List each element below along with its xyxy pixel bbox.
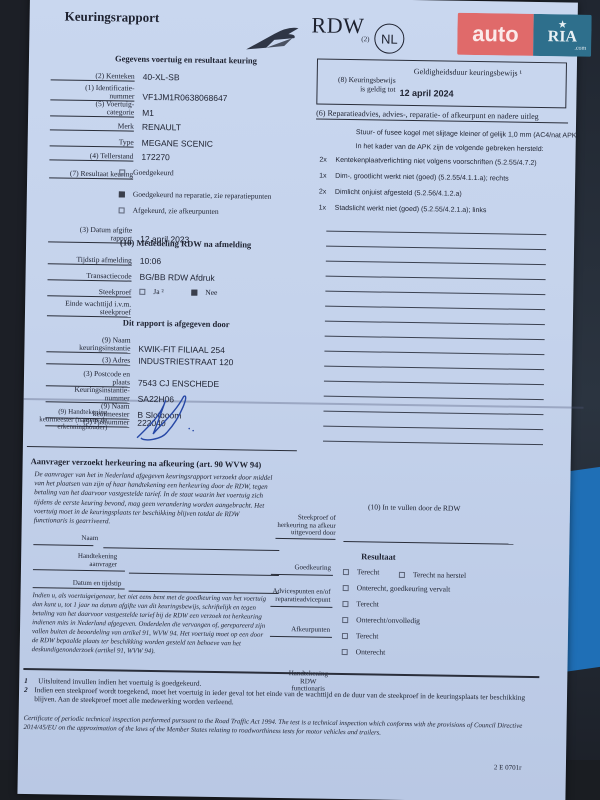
repair-blank-line[interactable] xyxy=(326,246,546,250)
result-option-0[interactable]: Goedgekeurd xyxy=(119,167,174,177)
repair-blank-line[interactable] xyxy=(324,351,544,355)
watermark-ria: ★ RIA .com xyxy=(533,14,592,57)
repair-line-0: Stuur- of fusee kogel met slijtage klein… xyxy=(340,129,579,140)
repair-blank-line[interactable] xyxy=(325,321,545,325)
inspection-report-paper: Keuringsrapport RDW (2) NL auto ★ RIA .c… xyxy=(17,0,577,800)
checkbox-icon[interactable] xyxy=(342,601,348,607)
watermark-ria-text: RIA xyxy=(548,29,578,45)
rdw-option-label: Onterecht xyxy=(356,647,386,656)
repair-blank-line[interactable] xyxy=(325,306,545,310)
signature-label: (9) Handtekening keurmeester (namens de … xyxy=(29,408,107,432)
rdw-section-title: (10) In te vullen door de RDW xyxy=(368,503,461,513)
report-title: Keuringsrapport xyxy=(65,9,160,26)
footer-divider xyxy=(23,668,539,678)
rdw-option-label: Terecht xyxy=(357,567,380,576)
checkbox-icon[interactable] xyxy=(342,617,348,623)
checkbox-icon[interactable] xyxy=(399,572,405,578)
checkbox-icon[interactable] xyxy=(343,585,349,591)
country-index: (2) xyxy=(361,35,369,43)
autoria-watermark: auto ★ RIA .com xyxy=(457,13,592,57)
repair-blank-line[interactable] xyxy=(323,411,543,415)
rdw-performed-field[interactable] xyxy=(343,541,513,545)
notification-title: (10) Mededeling RDW na afmelding xyxy=(120,237,251,249)
repair-line-5: 1xStadslicht werkt niet (goed) (5.2.55/4… xyxy=(319,205,487,215)
wait-label: Einde wachttijd i.v.m. steekproef xyxy=(61,300,131,317)
checkbox-icon[interactable] xyxy=(342,633,348,639)
result-option-2[interactable]: Afgekeurd, zie afkeurpunten xyxy=(119,205,219,216)
notification-field-0-value: 10:06 xyxy=(140,256,161,266)
form-code: 2 E 0701r xyxy=(494,763,522,771)
repair-blank-line[interactable] xyxy=(326,231,546,235)
sample-no-option[interactable]: Nee xyxy=(191,288,217,297)
result-option-label: Goedgekeurd na reparatie, zie reparatiep… xyxy=(133,190,272,201)
checkbox-icon[interactable] xyxy=(343,569,349,575)
checkbox-icon[interactable] xyxy=(342,649,348,655)
appeal-title: Aanvrager verzoekt herkeuring na afkeuri… xyxy=(31,456,262,470)
appeal-sign-label: Handtekening aanvrager xyxy=(77,553,117,569)
rdw-option-1-1[interactable]: Onterecht/onvolledig xyxy=(342,615,420,625)
rdw-option-label: Onterecht/onvolledig xyxy=(356,615,420,625)
repair-heading: (6) Reparatieadvies, advies-, reparatie-… xyxy=(316,109,568,124)
rdw-option-label: Terecht xyxy=(356,599,379,608)
checkbox-checked-icon[interactable] xyxy=(191,290,197,296)
rdw-option-0-0[interactable]: Terecht xyxy=(343,567,380,577)
rdw-brand: RDW xyxy=(311,12,364,39)
rdw-option-0-2[interactable]: Onterecht, goedkeuring vervalt xyxy=(343,583,451,594)
checkbox-checked-icon[interactable] xyxy=(119,192,125,198)
sample-no-label: Nee xyxy=(205,288,217,297)
rdw-option-2-0[interactable]: Terecht xyxy=(342,631,379,641)
country-code-badge: NL xyxy=(374,23,404,53)
issuer-field-1-value: INDUSTRIESTRAAT 120 xyxy=(138,356,233,367)
notification-field-1-value: BG/BB RDW Afdruk xyxy=(139,272,214,283)
footnotes: 1Uitsluitend invullen indien het voertui… xyxy=(24,676,544,711)
vehicle-section-title: Gegevens voertuig en resultaat keuring xyxy=(115,53,257,65)
repair-line-1: In het kader van de APK zijn de volgende… xyxy=(340,143,544,153)
result-option-1[interactable]: Goedgekeurd na reparatie, zie reparatiep… xyxy=(119,189,272,200)
rdw-group-label-2: Afkeurpunten xyxy=(260,626,330,635)
vehicle-field-3-value: RENAULT xyxy=(142,122,181,133)
rdw-group-label-1: Advicespunten en/of reparatieadvicepunt xyxy=(260,588,330,604)
rdw-wing-logo-icon xyxy=(244,25,300,52)
vehicle-field-2-label: (5) Voertuig-categorie xyxy=(72,100,134,117)
certificate-text: Certificate of periodic technical inspec… xyxy=(23,715,543,741)
checkbox-icon[interactable] xyxy=(119,208,125,214)
watermark-suffix: .com xyxy=(574,45,586,51)
result-option-label: Goedgekeurd xyxy=(133,168,174,178)
repair-blank-line[interactable] xyxy=(324,366,544,370)
validity-box: Geldigheidsduur keuringsbewijs ¹ (8) Keu… xyxy=(316,59,567,109)
vehicle-field-0-value: 40-XL-SB xyxy=(143,72,180,83)
repair-blank-line[interactable] xyxy=(325,336,545,340)
sample-yes-option[interactable]: Ja ² xyxy=(139,287,164,296)
repair-blank-line[interactable] xyxy=(324,381,544,385)
vehicle-field-5-value: 172270 xyxy=(141,152,170,162)
result-option-label: Afgekeurd, zie afkeurpunten xyxy=(133,206,219,216)
rdw-option-label: Terecht na herstel xyxy=(413,570,466,580)
checkbox-icon[interactable] xyxy=(119,170,125,176)
rdw-option-2-1[interactable]: Onterecht xyxy=(342,647,386,657)
vehicle-field-4-label: Type xyxy=(119,139,134,147)
repair-blank-line[interactable] xyxy=(324,396,544,400)
issuer-title: Dit rapport is afgegeven door xyxy=(123,317,230,329)
rdw-option-1-0[interactable]: Terecht xyxy=(342,599,379,609)
inspector-signature xyxy=(131,394,212,443)
repair-blank-line[interactable] xyxy=(326,261,546,265)
signature-underline xyxy=(27,446,297,451)
watermark-auto: auto xyxy=(457,13,534,56)
repair-line-2: 2xKentekenplaatverlichting niet volgens … xyxy=(319,157,536,167)
validity-title: Geldigheidsduur keuringsbewijs ¹ xyxy=(414,67,522,78)
rdw-result-title: Resultaat xyxy=(361,551,396,562)
repair-blank-line[interactable] xyxy=(323,441,543,445)
vehicle-field-2-value: M1 xyxy=(142,108,154,118)
result-row: (7) Resultaat keuring xyxy=(49,164,349,183)
vehicle-field-3-label: Merk xyxy=(118,123,134,131)
repair-blank-line[interactable] xyxy=(326,276,546,280)
sample-yes-label: Ja ² xyxy=(153,287,164,296)
wait-row: Einde wachttijd i.v.m. steekproef xyxy=(47,298,347,321)
appeal-sign-field[interactable] xyxy=(129,573,279,576)
appeal-text: De aanvrager van het in Nederland afgege… xyxy=(34,470,275,529)
owner-text: Indien u, als voertuigeigenaar, het niet… xyxy=(32,592,271,659)
rdw-performed-label: Steekproef of herkeuring na afkeur uitge… xyxy=(276,514,336,538)
validity-date: 12 april 2024 xyxy=(399,88,453,99)
repair-blank-line[interactable] xyxy=(323,426,543,430)
appeal-name-field[interactable] xyxy=(103,547,279,551)
repair-line-4: 2xDimlicht onjuist afgesteld (5.2.56/4.1… xyxy=(319,189,462,198)
rdw-option-0-1[interactable]: Terecht na herstel xyxy=(399,570,466,580)
rdw-group-label-0: Goedkeuring xyxy=(261,564,331,573)
checkbox-icon[interactable] xyxy=(139,289,145,295)
appeal-name-label: Naam xyxy=(81,535,98,543)
repair-blank-line[interactable] xyxy=(325,291,545,295)
rdw-option-label: Terecht xyxy=(356,631,379,640)
rdw-option-label: Onterecht, goedkeuring vervalt xyxy=(357,583,451,593)
